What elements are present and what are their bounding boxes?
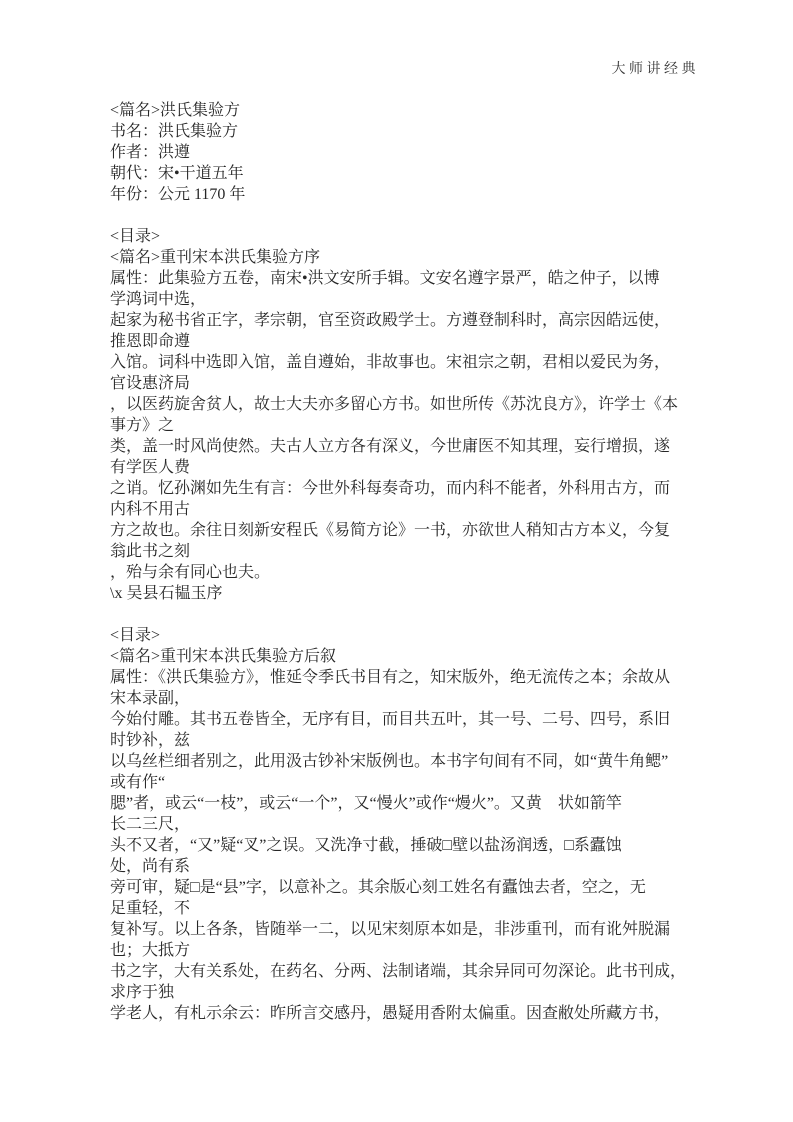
text-line: 或有作“	[110, 772, 688, 793]
text-line: 属性：《洪氏集验方》，惟延令季氏书目有之，知宋版外，绝无流传之本；余故从	[110, 667, 688, 688]
text-line: 年份：公元 1170 年	[110, 184, 688, 205]
text-line: <篇名>重刊宋本洪氏集验方序	[110, 247, 688, 268]
text-line: <目录>	[110, 625, 688, 646]
text-line: 学鸿词中选，	[110, 289, 688, 310]
text-line: 入馆。词科中选即入馆，盖自遵始，非故事也。宋祖宗之朝，君相以爱民为务，	[110, 352, 688, 373]
text-line: ，以医药旋舍贫人，故士大夫亦多留心方书。如世所传《苏沈良方》，许学士《本	[110, 394, 688, 415]
text-line: 腮”者，或云“一枝”，或云“一个”，又“慢火”或作“熳火”。又黄 状如箭竿	[110, 793, 688, 814]
text-line: 处，尚有系	[110, 856, 688, 877]
text-line: 方之故也。余往日刻新安程氏《易简方论》一书，亦欲世人稍知古方本义，今复	[110, 520, 688, 541]
text-line: 宋本录副，	[110, 688, 688, 709]
text-line: 旁可审，疑□是“县”字，以意补之。其余版心刻工姓名有蠹蚀去者，空之，无	[110, 877, 688, 898]
text-line: 头不又者，“又”疑“叉”之误。又洗净寸截，捶破□壁以盐汤润透，□系蠹蚀	[110, 835, 688, 856]
section-book-info: <篇名>洪氏集验方书名：洪氏集验方作者：洪遵朝代：宋•干道五年年份：公元 117…	[110, 100, 688, 205]
text-line: 以乌丝栏细者别之，此用汲古钞补宋版例也。本书字句间有不同，如“黄牛角鳃”	[110, 751, 688, 772]
document-body: <篇名>洪氏集验方书名：洪氏集验方作者：洪遵朝代：宋•干道五年年份：公元 117…	[110, 100, 688, 1024]
text-line: 官设惠济局	[110, 373, 688, 394]
text-line: 翁此书之刻	[110, 541, 688, 562]
section-postscript: <目录><篇名>重刊宋本洪氏集验方后叙属性：《洪氏集验方》，惟延令季氏书目有之，…	[110, 625, 688, 1024]
text-line: 也；大抵方	[110, 940, 688, 961]
text-line: 类，盖一时风尚使然。夫古人立方各有深义，今世庸医不知其理，妄行增损，遂	[110, 436, 688, 457]
watermark-text: 大师讲经典	[612, 58, 700, 78]
text-line: 足重轻，不	[110, 898, 688, 919]
text-line: 作者：洪遵	[110, 142, 688, 163]
document-page: 大师讲经典 <篇名>洪氏集验方书名：洪氏集验方作者：洪遵朝代：宋•干道五年年份：…	[0, 0, 793, 1122]
text-line: 今始付雕。其书五卷皆全，无序有目，而目共五叶，其一号、二号、四号，系旧	[110, 709, 688, 730]
text-line: <目录>	[110, 226, 688, 247]
text-line: 书之字，大有关系处，在药名、分两、法制诸端，其余异同可勿深论。此书刊成，	[110, 961, 688, 982]
text-line: 书名：洪氏集验方	[110, 121, 688, 142]
text-line: 内科不用古	[110, 499, 688, 520]
text-line: 长二三尺，	[110, 814, 688, 835]
text-line: 有学医人费	[110, 457, 688, 478]
text-line: 学老人，有札示余云：昨所言交感丹，愚疑用香附太偏重。因查敝处所藏方书，	[110, 1003, 688, 1024]
text-line: 事方》之	[110, 415, 688, 436]
text-line: ，殆与余有同心也夫。	[110, 562, 688, 583]
text-line: 属性：此集验方五卷，南宋•洪文安所手辑。文安名遵字景严，皓之仲子，以博	[110, 268, 688, 289]
text-line: 推恩即命遵	[110, 331, 688, 352]
text-line: <篇名>重刊宋本洪氏集验方后叙	[110, 646, 688, 667]
text-line: 时钞补，兹	[110, 730, 688, 751]
text-line: 之诮。忆孙渊如先生有言：今世外科每奏奇功，而内科不能者，外科用古方，而	[110, 478, 688, 499]
text-line: 复补写。以上各条，皆随举一二，以见宋刻原本如是，非涉重刊，而有讹舛脱漏	[110, 919, 688, 940]
section-preface: <目录><篇名>重刊宋本洪氏集验方序属性：此集验方五卷，南宋•洪文安所手辑。文安…	[110, 226, 688, 604]
text-line: 朝代：宋•干道五年	[110, 163, 688, 184]
text-line: \x 吴县石韫玉序	[110, 583, 688, 604]
text-line: 求序于独	[110, 982, 688, 1003]
text-line: <篇名>洪氏集验方	[110, 100, 688, 121]
text-line: 起家为秘书省正字，孝宗朝，官至资政殿学士。方遵登制科时，高宗因皓远使，	[110, 310, 688, 331]
